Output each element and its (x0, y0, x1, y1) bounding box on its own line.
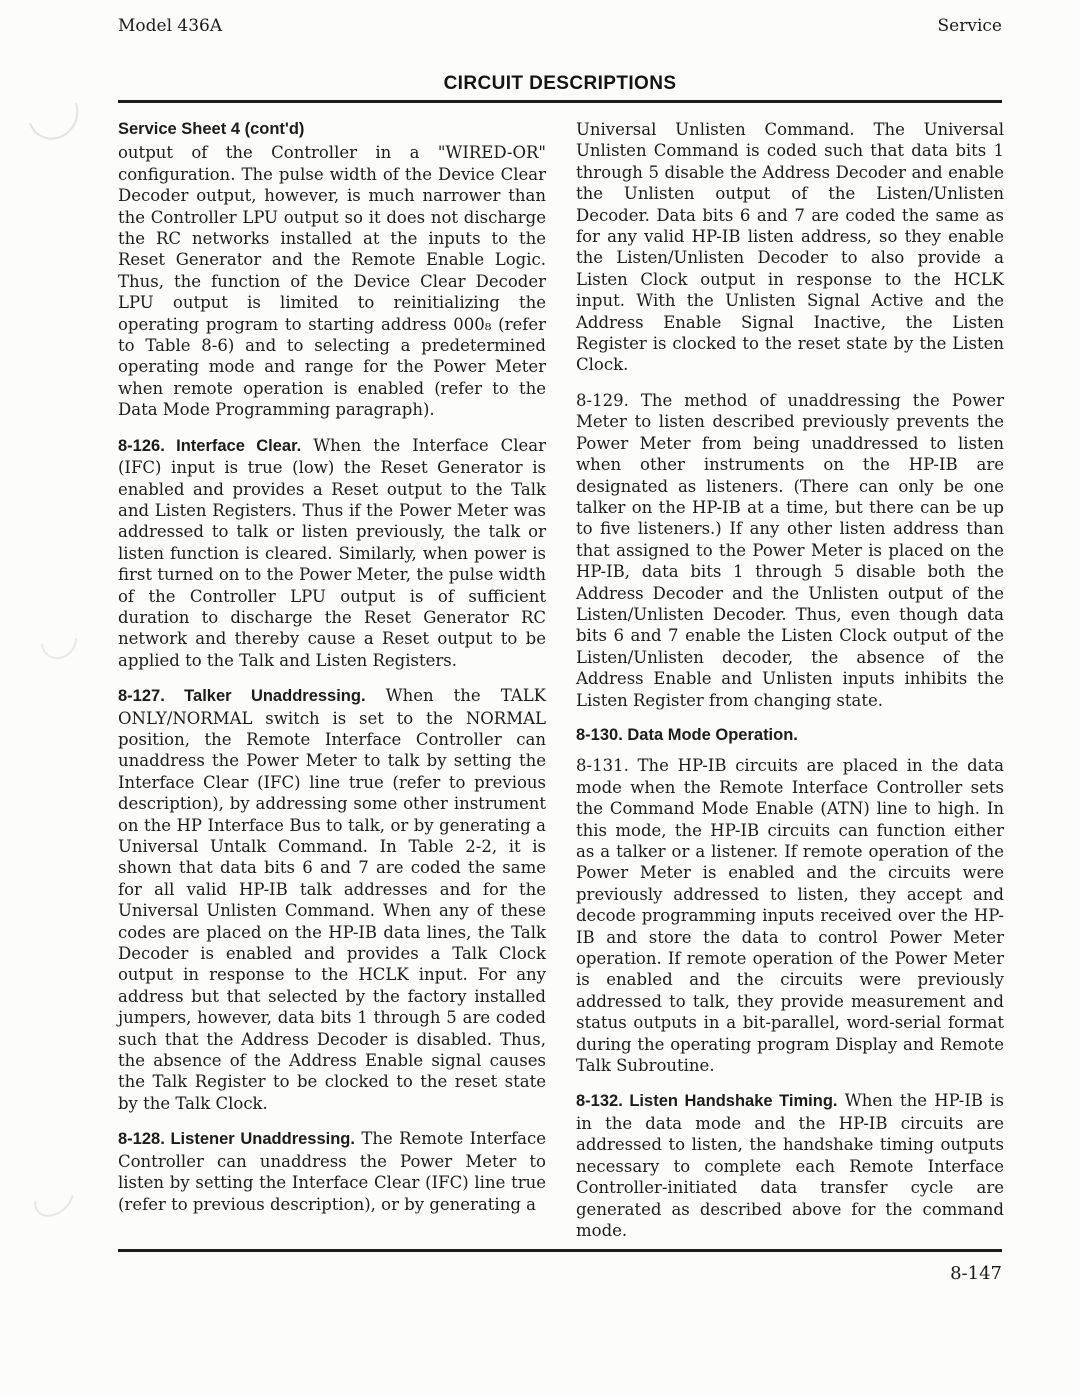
paragraph-8-127: 8-127. Talker Unaddressing. When the TAL… (118, 685, 546, 1114)
paragraph-continuation: Universal Unlisten Command. The Universa… (576, 119, 1004, 376)
right-column: Universal Unlisten Command. The Universa… (576, 119, 1004, 1252)
paragraph-8-126-title: 8-126. Interface Clear. (118, 437, 301, 455)
service-sheet-heading: Service Sheet 4 (cont'd) (118, 119, 546, 140)
scan-artifact (27, 1172, 81, 1225)
paragraph-8-127-title: 8-127. Talker Unaddressing. (118, 687, 366, 705)
footer-rule (118, 1249, 1002, 1252)
paragraph-text: When the TALK ONLY/NORMAL switch is set … (118, 686, 546, 1113)
paragraph-text: 8-129. The method of unaddressing the Po… (576, 391, 1004, 710)
scan-artifact (34, 616, 84, 667)
page-number: 8-147 (950, 1263, 1002, 1284)
paragraph-8-128-title: 8-128. Listener Unaddressing. (118, 1130, 355, 1148)
page-header: Model 436A Service (118, 16, 1002, 36)
paragraph-8-128: 8-128. Listener Unaddressing. The Remote… (118, 1128, 546, 1215)
page-title: CIRCUIT DESCRIPTIONS (118, 73, 1002, 95)
manual-page: Model 436A Service CIRCUIT DESCRIPTIONS … (0, 0, 1080, 1399)
paragraph-text: Universal Unlisten Command. The Universa… (576, 120, 1004, 374)
paragraph-8-129: 8-129. The method of unaddressing the Po… (576, 390, 1004, 711)
header-section: Service (938, 16, 1002, 36)
scan-artifact (19, 78, 87, 148)
paragraph-text: When the HP-IB is in the data mode and t… (576, 1091, 1004, 1239)
left-column: Service Sheet 4 (cont'd) output of the C… (118, 119, 546, 1252)
paragraph-8-126: 8-126. Interface Clear. When the Interfa… (118, 435, 546, 671)
header-model: Model 436A (118, 16, 222, 36)
text-columns: Service Sheet 4 (cont'd) output of the C… (118, 119, 1004, 1252)
paragraph-text: 8-131. The HP-IB circuits are placed in … (576, 756, 1004, 1075)
paragraph-8-132: 8-132. Listen Handshake Timing. When the… (576, 1090, 1004, 1241)
paragraph-text: output of the Controller in a "WIRED-OR"… (118, 143, 546, 419)
paragraph-8-132-title: 8-132. Listen Handshake Timing. (576, 1092, 838, 1110)
heading-8-130: 8-130. Data Mode Operation. (576, 725, 1004, 746)
paragraph-intro: output of the Controller in a "WIRED-OR"… (118, 142, 546, 420)
title-rule (118, 100, 1002, 103)
paragraph-text: When the Interface Clear (IFC) input is … (118, 436, 546, 670)
paragraph-8-131: 8-131. The HP-IB circuits are placed in … (576, 755, 1004, 1076)
